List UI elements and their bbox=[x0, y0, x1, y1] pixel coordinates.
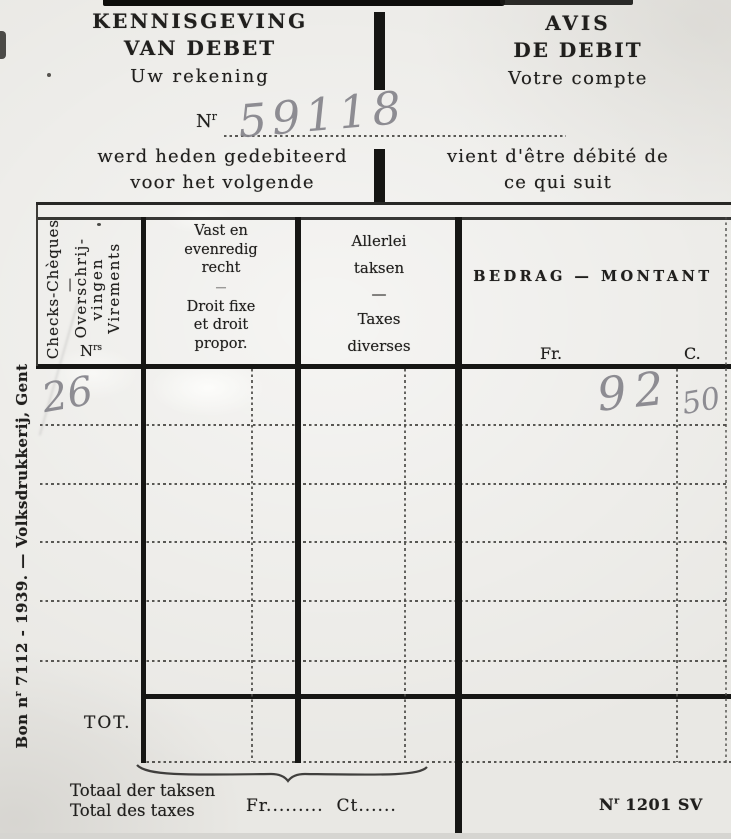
footer-total-fr: Total des taxes bbox=[70, 801, 215, 821]
handwritten-row-nr: 26 bbox=[38, 368, 96, 422]
col-duty-fr2: et droit bbox=[149, 316, 293, 335]
col-transfers-label-line3: Virements bbox=[105, 242, 123, 333]
scan-edge-artifact-bottom bbox=[0, 833, 731, 839]
rule-table-left bbox=[36, 205, 38, 366]
total-row-label: TOT. bbox=[84, 713, 132, 733]
footer-total-nl: Totaal der taksen bbox=[70, 781, 215, 801]
col-amount-c-label: C. bbox=[684, 344, 701, 363]
col-duty-fr1: Droit fixe bbox=[149, 298, 293, 317]
col-amount-title: BEDRAG — MONTANT bbox=[464, 268, 722, 285]
scanned-debit-notice-form: KENNISGEVING VAN DEBET Uw rekening AVIS … bbox=[0, 0, 731, 839]
imprint-sup: r bbox=[14, 692, 24, 697]
col-duty-nl1: Vast en bbox=[149, 222, 293, 241]
rule-total-top bbox=[141, 694, 731, 699]
centimes-separator-taxes bbox=[404, 369, 406, 762]
intro-divider-bar bbox=[374, 149, 385, 202]
col-taxes-header: Allerlei taksen — Taxes diverses bbox=[306, 228, 452, 360]
rule-col-taxes-right bbox=[455, 217, 462, 833]
col-transfers-label-line2: vingen bbox=[88, 257, 106, 320]
footer-form-number: Nr 1201 SV bbox=[599, 795, 703, 814]
imprint-base: Bon n bbox=[13, 696, 31, 748]
intro-french: vient d'être débité de ce qui suit bbox=[428, 146, 688, 193]
handwritten-account-number: 59118 bbox=[236, 81, 408, 148]
footer-total-labels: Totaal der taksen Total des taxes bbox=[70, 781, 215, 820]
account-number-label-base: N bbox=[196, 111, 212, 132]
scan-edge-artifact-left bbox=[0, 31, 6, 59]
centimes-separator-amount bbox=[676, 369, 678, 762]
paper-speck bbox=[47, 73, 51, 77]
col-taxes-fr1: Taxes bbox=[306, 306, 452, 333]
title-nl-line1: KENNISGEVING bbox=[90, 9, 310, 33]
rule-col-duty-right bbox=[295, 217, 301, 763]
col-checks-label: Checks-Chèques bbox=[44, 219, 62, 359]
header-dutch: KENNISGEVING VAN DEBET Uw rekening bbox=[90, 9, 310, 87]
printer-imprint: Bon nr 7112 - 1939. — Volksdrukkerij, Ge… bbox=[13, 363, 31, 748]
account-number-label: Nr bbox=[196, 110, 217, 132]
form-number-base: N bbox=[599, 795, 614, 814]
col-taxes-fr2: diverses bbox=[306, 333, 452, 360]
intro-fr-line2: ce qui suit bbox=[428, 172, 688, 193]
rule-section-top bbox=[36, 202, 731, 205]
paper-crease-highlight bbox=[128, 348, 288, 428]
paper-speck bbox=[97, 223, 101, 226]
handwritten-row-centimes: 50 bbox=[679, 381, 723, 422]
scan-edge-artifact-top bbox=[103, 0, 505, 6]
col-taxes-nl2: taksen bbox=[306, 255, 452, 282]
centimes-separator-duty bbox=[251, 369, 253, 762]
intro-nl-line2: voor het volgende bbox=[90, 172, 355, 193]
header-french: AVIS DE DEBIT Votre compte bbox=[458, 11, 698, 89]
rule-table-right bbox=[725, 217, 727, 763]
account-number-label-sup: r bbox=[212, 110, 217, 123]
col-duty-fr3: propor. bbox=[149, 335, 293, 354]
title-fr-line1: AVIS bbox=[458, 11, 698, 35]
subtitle-fr: Votre compte bbox=[458, 68, 698, 89]
col-amount-fr-label: Fr. bbox=[540, 344, 562, 363]
imprint-rest: 7112 - 1939. — Volksdrukkerij, Gent bbox=[13, 363, 31, 691]
col-checks-nr-label: Nrs bbox=[80, 342, 102, 360]
intro-dutch: werd heden gedebiteerd voor het volgende bbox=[90, 146, 355, 193]
nr-label-base: N bbox=[80, 342, 93, 360]
header-divider-bar bbox=[374, 12, 385, 90]
form-number-rest: 1201 SV bbox=[619, 795, 703, 814]
intro-fr-line1: vient d'être débité de bbox=[428, 146, 688, 167]
subtitle-nl: Uw rekening bbox=[90, 66, 310, 87]
nr-label-sup: rs bbox=[93, 343, 102, 353]
handwritten-row-francs: 92 bbox=[594, 360, 674, 421]
scan-edge-artifact-top bbox=[500, 0, 633, 5]
title-fr-line2: DE DEBIT bbox=[458, 38, 698, 62]
col-duty-nl3: recht bbox=[149, 259, 293, 278]
col-taxes-dash: — bbox=[306, 282, 452, 306]
col-duty-nl2: evenredig bbox=[149, 241, 293, 260]
col-taxes-nl1: Allerlei bbox=[306, 228, 452, 255]
intro-nl-line1: werd heden gedebiteerd bbox=[90, 146, 355, 167]
footer-amount-line: Fr......... Ct...... bbox=[246, 796, 397, 816]
col-duty-header: Vast en evenredig recht — Droit fixe et … bbox=[149, 222, 293, 353]
title-nl-line2: VAN DEBET bbox=[90, 36, 310, 60]
col-duty-dash: — bbox=[149, 278, 293, 298]
rule-col-checks-right bbox=[141, 217, 146, 763]
